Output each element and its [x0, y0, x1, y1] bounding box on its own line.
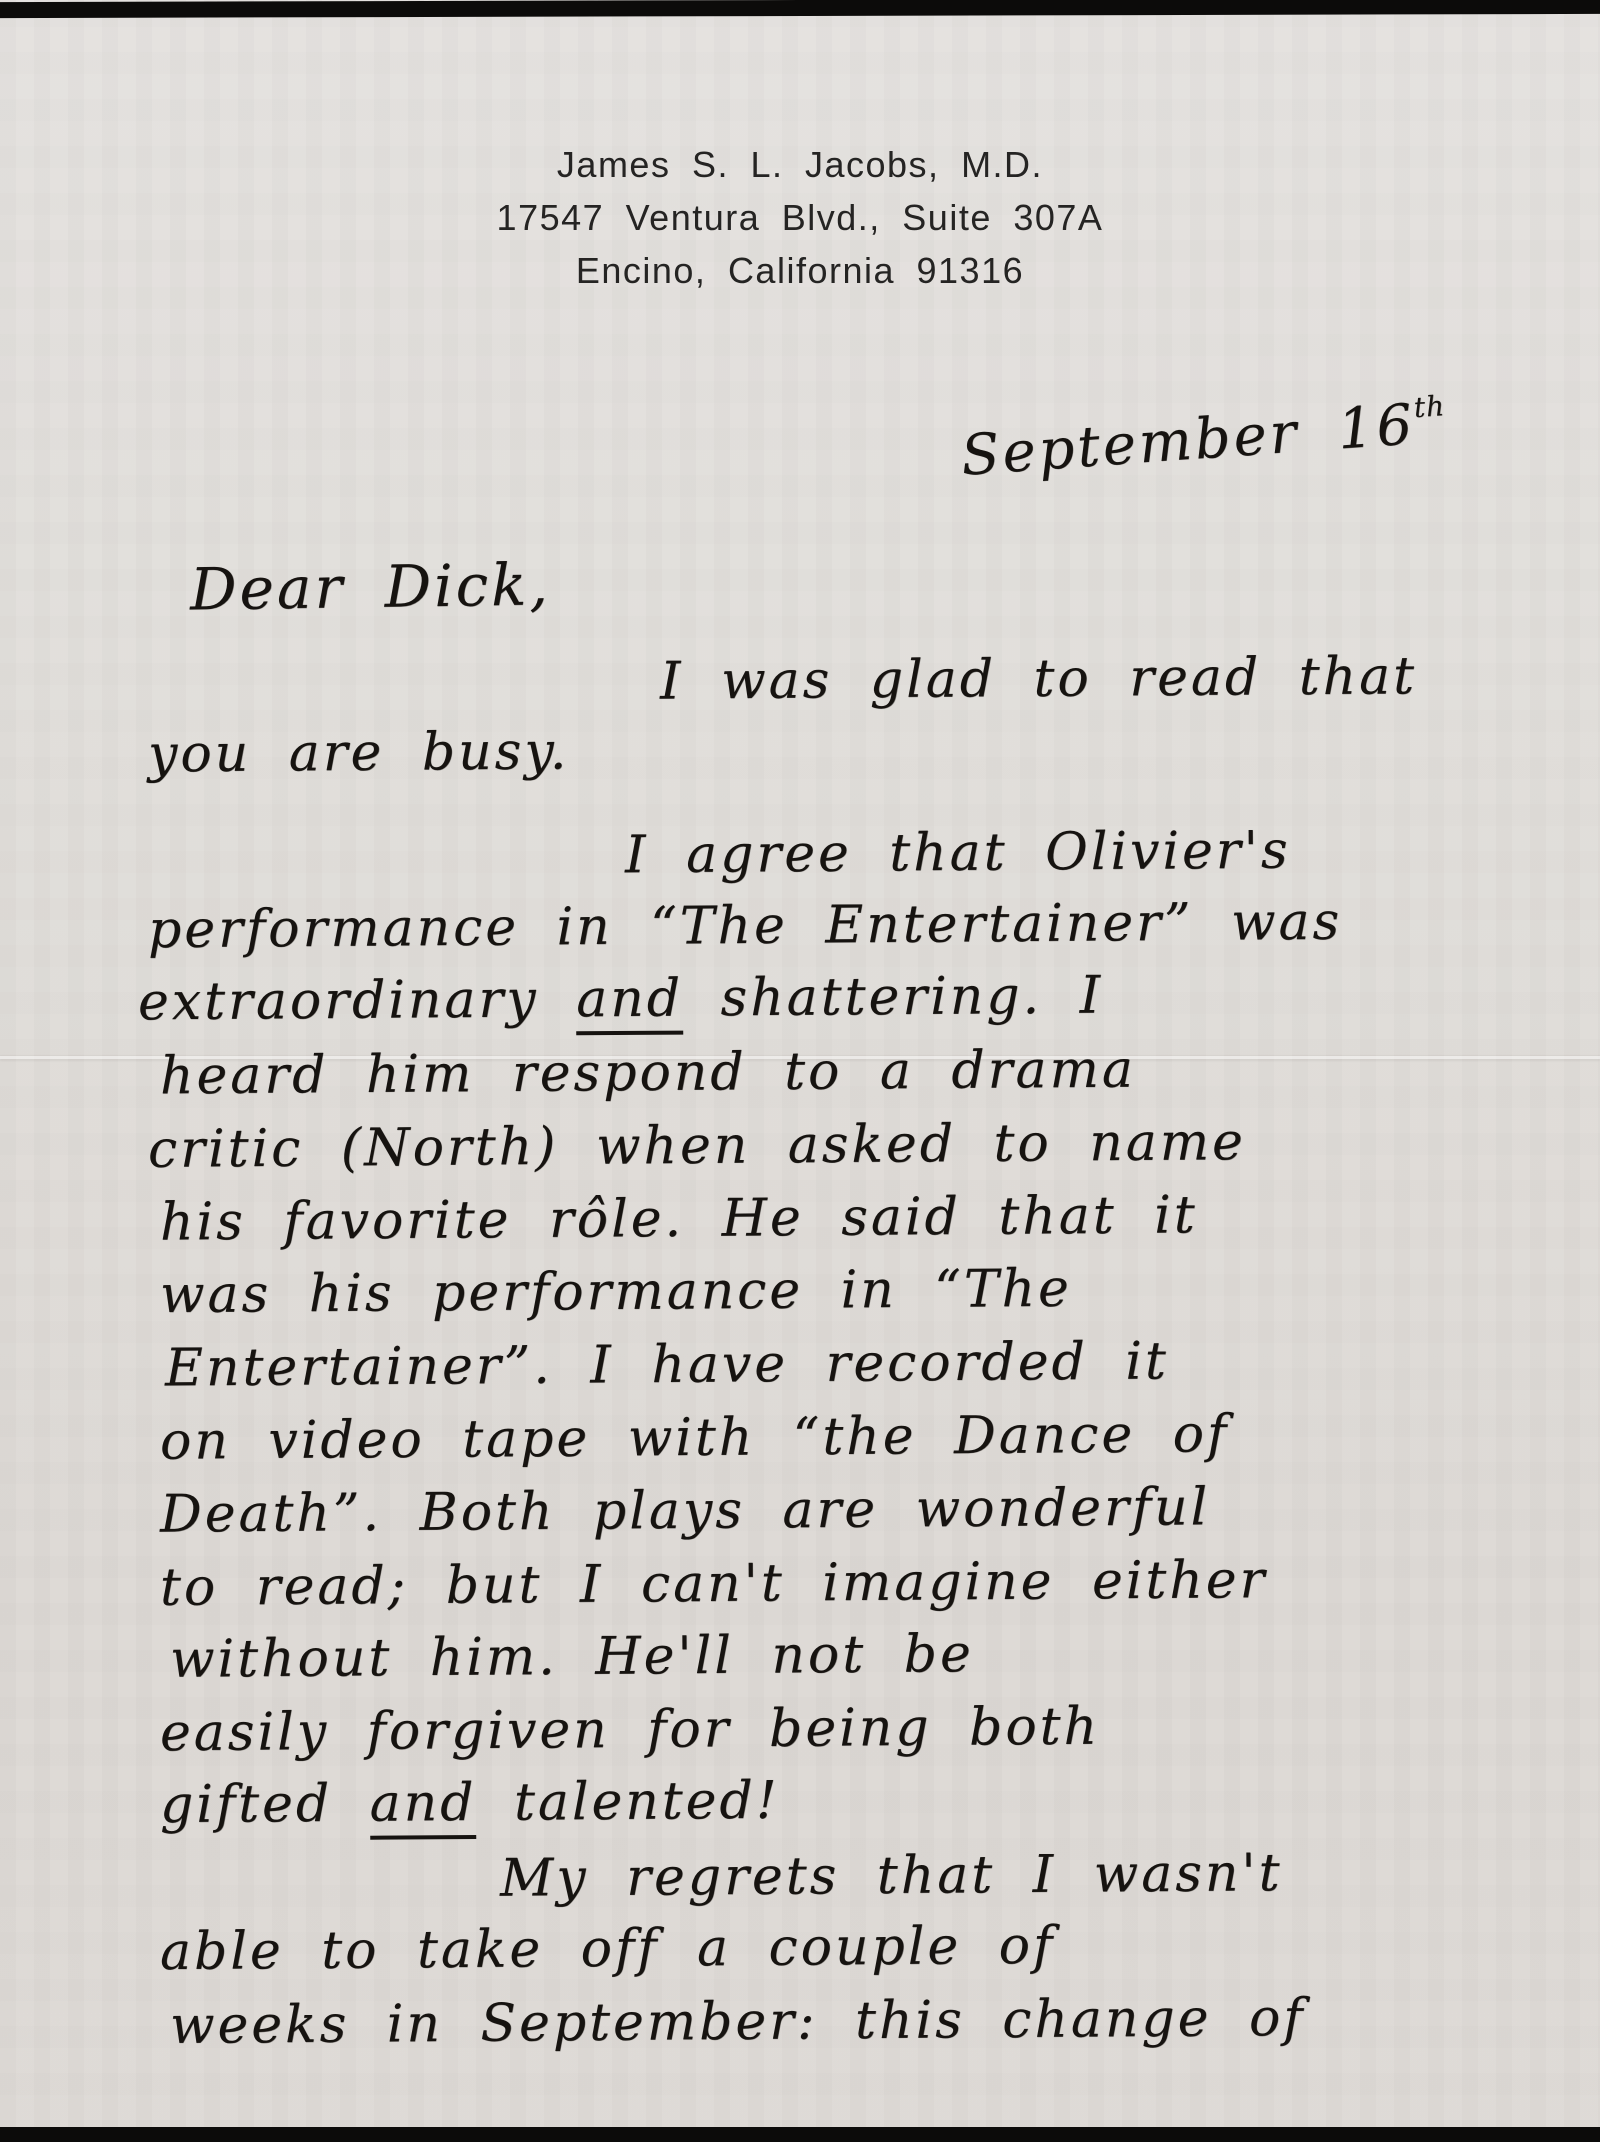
handwritten-line: able to take off a couple of [160, 1915, 1056, 1983]
handwritten-line: to read; but I can't imagine either [160, 1549, 1268, 1619]
handwritten-line: was his performance in “The [160, 1258, 1072, 1326]
handwritten-line: critic (North) when asked to name [148, 1111, 1246, 1181]
letterhead-address-city: Encino, California 91316 [0, 244, 1600, 297]
line-segment: talented! [476, 1771, 780, 1833]
letterhead-name: James S. L. Jacobs, M.D. [0, 138, 1600, 191]
scan-edge-top [0, 0, 1600, 18]
handwritten-line: easily forgiven for being both [160, 1696, 1100, 1765]
handwritten-line: extraordinary and shattering. I [138, 965, 1104, 1034]
line-segment: extraordinary [138, 969, 577, 1032]
underlined-word: and [576, 969, 683, 1036]
handwritten-line: heard him respond to a drama [160, 1039, 1136, 1108]
line-segment: gifted [160, 1774, 370, 1835]
line-segment: shattering. I [683, 966, 1104, 1029]
scanned-letter-page: James S. L. Jacobs, M.D. 17547 Ventura B… [0, 0, 1600, 2142]
handwritten-line: you are busy. [148, 721, 570, 786]
handwritten-line: weeks in September: this change of [170, 1987, 1306, 2057]
handwritten-line: Entertainer”. I have recorded it [165, 1330, 1169, 1399]
handwritten-line: performance in “The Entertainer” was [148, 891, 1343, 961]
date-ordinal-suffix: th [1413, 389, 1447, 424]
letterhead-address-street: 17547 Ventura Blvd., Suite 307A [0, 191, 1600, 244]
date-text: September 16 [959, 392, 1417, 489]
salutation: Dear Dick, [190, 553, 552, 620]
handwritten-line: his favorite rôle. He said that it [160, 1184, 1198, 1253]
handwritten-line: Death”. Both plays are wonderful [160, 1476, 1211, 1545]
date-line: September 16th [958, 375, 1449, 488]
handwritten-line: gifted and talented! [160, 1770, 780, 1836]
handwritten-line: I was glad to read that [660, 645, 1417, 712]
handwritten-line: I agree that Olivier's [625, 820, 1291, 887]
handwritten-line: on video tape with “the Dance of [160, 1403, 1230, 1472]
underlined-word: and [369, 1773, 476, 1840]
letterhead: James S. L. Jacobs, M.D. 17547 Ventura B… [0, 138, 1600, 297]
handwritten-line: without him. He'll not be [170, 1623, 974, 1691]
handwritten-line: My regrets that I wasn't [500, 1842, 1283, 1909]
scan-edge-bottom [0, 2127, 1600, 2142]
